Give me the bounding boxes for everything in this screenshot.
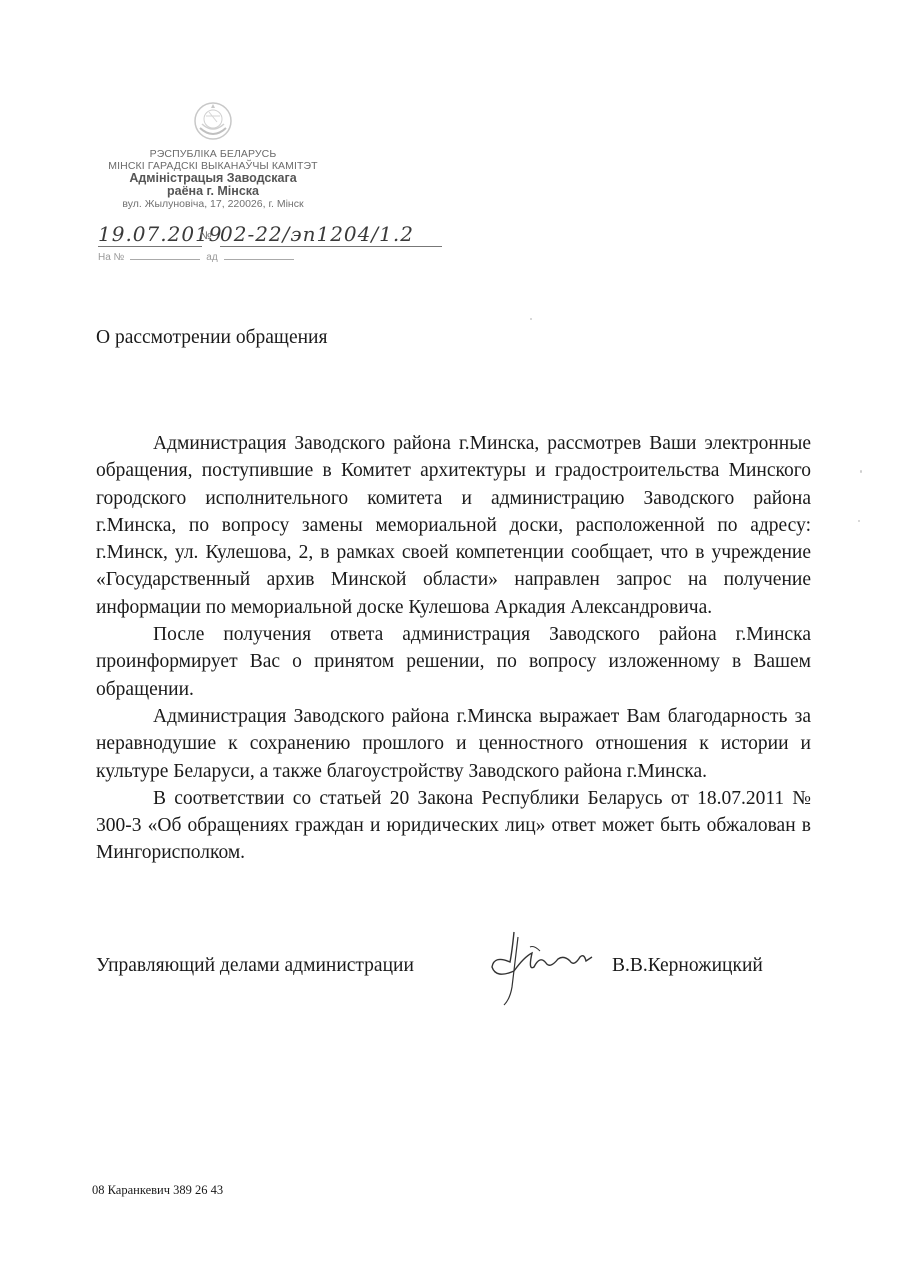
signer-position: Управляющий делами администрации xyxy=(96,955,414,977)
executor-info: 08 Каранкевич 389 26 43 xyxy=(92,1183,223,1198)
letterhead-country: РЭСПУБЛІКА БЕЛАРУСЬ xyxy=(88,149,338,161)
paragraph: Администрация Заводского района г.Минска… xyxy=(96,430,811,621)
signature-block: Управляющий делами администрации В.В.Кер… xyxy=(96,955,811,985)
registration-number: 02-22/эп1204/1.2 xyxy=(220,222,442,247)
scan-speck xyxy=(860,470,862,473)
handwritten-signature-icon xyxy=(474,927,604,1007)
letterhead-address: вул. Жылуновіча, 17, 220026, г. Мінск xyxy=(88,198,338,210)
letterhead-org-city: раёна г. Мінска xyxy=(88,185,338,198)
letter-body: Администрация Заводского района г.Минска… xyxy=(96,430,811,867)
scan-speck xyxy=(530,318,532,320)
reply-to-from-label: ад xyxy=(206,252,217,263)
reply-to-blank xyxy=(130,259,200,260)
coat-of-arms-icon xyxy=(192,100,234,142)
registration-date: 19.07.2019 xyxy=(98,222,202,247)
reply-to-label: На № xyxy=(98,252,124,263)
reply-to-line: На №ад xyxy=(98,252,300,263)
letter-subject: О рассмотрении обращения xyxy=(96,327,327,349)
registration-line: 19.07.2019 № 02-22/эп1204/1.2 xyxy=(98,222,448,252)
paragraph: В соответствии со статьей 20 Закона Респ… xyxy=(96,785,811,867)
letterhead: РЭСПУБЛІКА БЕЛАРУСЬ МІНСКІ ГАРАДСКІ ВЫКА… xyxy=(88,100,338,210)
paragraph: Администрация Заводского района г.Минска… xyxy=(96,703,811,785)
reply-to-date-blank xyxy=(224,259,294,260)
paragraph: После получения ответа администрация Зав… xyxy=(96,621,811,703)
signer-name: В.В.Керножицкий xyxy=(612,955,763,977)
number-label: № xyxy=(200,230,212,242)
scan-speck xyxy=(858,520,860,522)
